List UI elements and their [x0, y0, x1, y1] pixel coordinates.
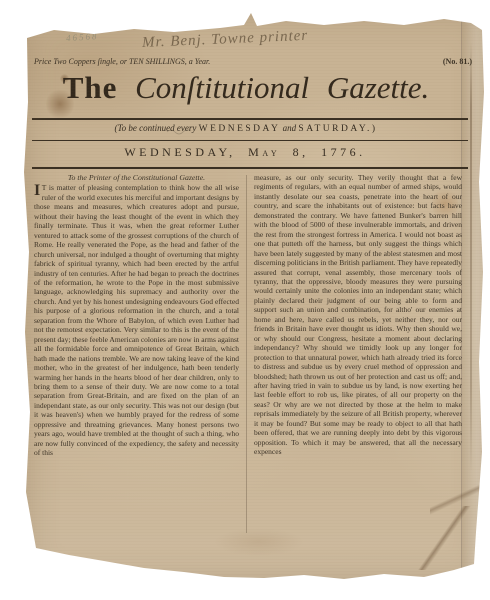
column-divider-rule	[246, 175, 247, 533]
schedule-lead: (To be continued every	[114, 123, 196, 133]
horizontal-rule-3	[32, 167, 468, 169]
left-column: To the Printer of the Constitutional Gaz…	[34, 173, 239, 573]
horizontal-rule-1	[32, 118, 468, 120]
horizontal-rule-2	[32, 140, 468, 141]
schedule-and: and	[283, 123, 297, 133]
photo-background: 46568 Mr. Benj. Towne printer Price Two …	[0, 0, 490, 600]
masthead-the: The	[63, 70, 118, 105]
right-column: measure, as our only security. They veri…	[254, 173, 462, 573]
issue-number: (No. 81.)	[443, 57, 472, 66]
right-column-paragraph: measure, as our only security. They veri…	[254, 173, 462, 457]
date-line: WEDNESDAY, May 8, 1776.	[24, 145, 466, 160]
fold-crease-line	[470, 42, 472, 472]
issue-info-row: Price Two Coppers ſingle, or TEN SHILLIN…	[34, 57, 472, 66]
article-columns: To the Printer of the Constitutional Gaz…	[34, 173, 462, 573]
newspaper-page: 46568 Mr. Benj. Towne printer Price Two …	[24, 12, 486, 584]
letter-salutation: To the Printer of the Constitutional Gaz…	[34, 173, 239, 182]
left-column-paragraph: T is matter of pleasing contemplation to…	[34, 183, 239, 457]
masthead-title: The Conſtitutional Gazette.	[24, 70, 468, 106]
price-line: Price Two Coppers ſingle, or TEN SHILLIN…	[34, 57, 210, 66]
schedule-day-saturday: SATURDAY.)	[298, 124, 377, 134]
schedule-day-wednesday: WEDNESDAY	[199, 124, 281, 134]
handwritten-inscription: Mr. Benj. Towne printer	[142, 21, 462, 52]
drop-cap: I	[34, 183, 42, 198]
pencil-catalog-number: 46568	[66, 31, 99, 43]
masthead-name: Conſtitutional Gazette.	[135, 70, 429, 105]
publication-schedule: (To be continued every WEDNESDAY and SAT…	[24, 123, 468, 134]
left-column-text: IT is matter of pleasing contemplation t…	[34, 183, 239, 457]
